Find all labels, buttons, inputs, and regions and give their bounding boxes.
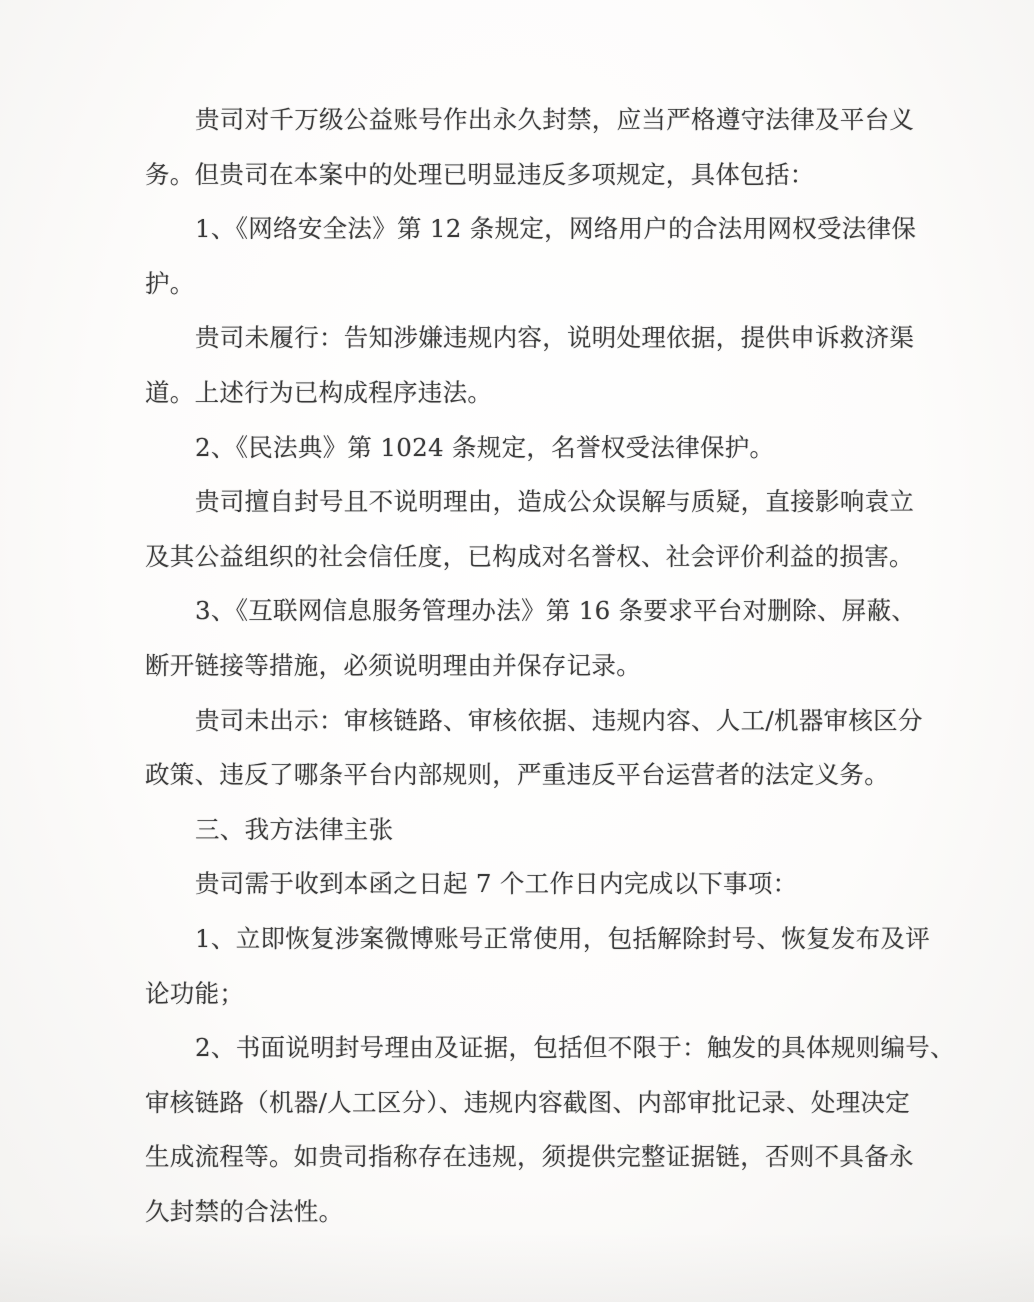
document-line: 护。	[145, 257, 907, 312]
document-line: 贵司需于收到本函之日起 7 个工作日内完成以下事项：	[145, 857, 907, 912]
document-line: 审核链路（机器/人工区分）、违规内容截图、内部审批记录、处理决定	[145, 1076, 907, 1131]
document-line: 断开链接等措施，必须说明理由并保存记录。	[145, 639, 907, 694]
document-line: 三、我方法律主张	[145, 803, 907, 858]
document-line: 论功能；	[145, 967, 907, 1022]
document-line: 久封禁的合法性。	[145, 1185, 907, 1240]
document-line: 及其公益组织的社会信任度，已构成对名誉权、社会评价利益的损害。	[145, 530, 907, 585]
document-lines: 贵司对千万级公益账号作出永久封禁，应当严格遵守法律及平台义务。但贵司在本案中的处…	[145, 93, 907, 1239]
document-line: 贵司未履行：告知涉嫌违规内容，说明处理依据，提供申诉救济渠	[145, 311, 907, 366]
document-line: 务。但贵司在本案中的处理已明显违反多项规定，具体包括：	[145, 148, 907, 203]
document-line: 1、立即恢复涉案微博账号正常使用，包括解除封号、恢复发布及评	[145, 912, 907, 967]
document-line: 贵司对千万级公益账号作出永久封禁，应当严格遵守法律及平台义	[145, 93, 907, 148]
document-line: 2、《民法典》第 1024 条规定，名誉权受法律保护。	[145, 421, 907, 476]
document-line: 2、书面说明封号理由及证据，包括但不限于：触发的具体规则编号、	[145, 1021, 907, 1076]
document-line: 3、《互联网信息服务管理办法》第 16 条要求平台对删除、屏蔽、	[145, 584, 907, 639]
document-line: 1、《网络安全法》第 12 条规定，网络用户的合法用网权受法律保	[145, 202, 907, 257]
document-line: 道。上述行为已构成程序违法。	[145, 366, 907, 421]
scanned-page: 贵司对千万级公益账号作出永久封禁，应当严格遵守法律及平台义务。但贵司在本案中的处…	[0, 0, 1034, 1302]
document-line: 贵司擅自封号且不说明理由，造成公众误解与质疑，直接影响袁立	[145, 475, 907, 530]
document-line: 生成流程等。如贵司指称存在违规，须提供完整证据链，否则不具备永	[145, 1130, 907, 1185]
document-line: 贵司未出示：审核链路、审核依据、违规内容、人工/机器审核区分	[145, 694, 907, 749]
document-line: 政策、违反了哪条平台内部规则，严重违反平台运营者的法定义务。	[145, 748, 907, 803]
